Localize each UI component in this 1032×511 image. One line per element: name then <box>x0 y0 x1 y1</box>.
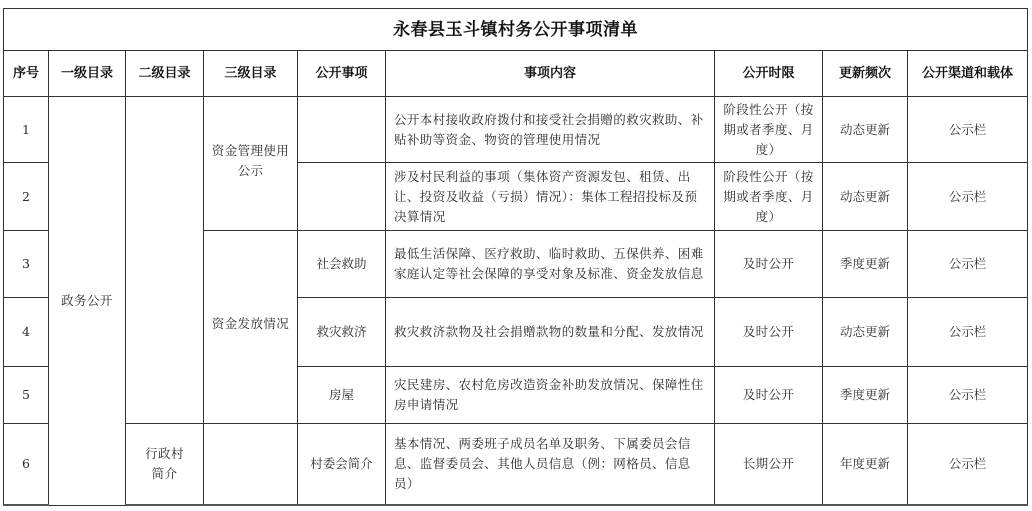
row-channel: 公示栏 <box>908 367 1028 424</box>
row-time-limit: 阶段性公开（按期或者季度、月度） <box>715 163 823 231</box>
row-time-limit: 阶段性公开（按期或者季度、月度） <box>715 97 823 163</box>
table-row: 6 行政村简介 村委会简介 基本情况、两委班子成员名单及职务、下属委员会信息、监… <box>4 424 1028 506</box>
row-channel: 公示栏 <box>908 97 1028 163</box>
level2-cell: 行政村简介 <box>126 424 204 506</box>
title-row: 永春县玉斗镇村务公开事项清单 <box>4 9 1028 51</box>
row-frequency: 季度更新 <box>823 231 908 298</box>
row-time-limit: 长期公开 <box>715 424 823 506</box>
row-item <box>298 163 386 231</box>
level1-cell: 政务公开 <box>49 97 126 506</box>
header-content: 事项内容 <box>386 51 715 97</box>
row-content: 基本情况、两委班子成员名单及职务、下属委员会信息、监督委员会、其他人员信息（例：… <box>386 424 715 506</box>
row-frequency: 动态更新 <box>823 163 908 231</box>
row-time-limit: 及时公开 <box>715 367 823 424</box>
row-channel: 公示栏 <box>908 163 1028 231</box>
row-time-limit: 及时公开 <box>715 298 823 367</box>
header-level3: 三级目录 <box>204 51 298 97</box>
row-content: 涉及村民利益的事项（集体资产资源发包、租赁、出让、投资及收益（亏损）情况）：集体… <box>386 163 715 231</box>
disclosure-table: 永春县玉斗镇村务公开事项清单 序号 一级目录 二级目录 三级目录 公开事项 事项… <box>3 8 1028 506</box>
level3-cell: 资金发放情况 <box>204 231 298 424</box>
level3-cell: 资金管理使用公示 <box>204 97 298 231</box>
header-item: 公开事项 <box>298 51 386 97</box>
row-item: 社会救助 <box>298 231 386 298</box>
level2-cell <box>126 97 204 424</box>
row-content: 公开本村接收政府拨付和接受社会捐赠的救灾救助、补贴补助等资金、物资的管理使用情况 <box>386 97 715 163</box>
header-time-limit: 公开时限 <box>715 51 823 97</box>
row-seq: 2 <box>4 163 49 231</box>
row-channel: 公示栏 <box>908 424 1028 506</box>
row-seq: 3 <box>4 231 49 298</box>
row-frequency: 年度更新 <box>823 424 908 506</box>
row-item <box>298 97 386 163</box>
document-page: 永春县玉斗镇村务公开事项清单 序号 一级目录 二级目录 三级目录 公开事项 事项… <box>3 8 1027 506</box>
row-channel: 公示栏 <box>908 231 1028 298</box>
row-seq: 5 <box>4 367 49 424</box>
header-row: 序号 一级目录 二级目录 三级目录 公开事项 事项内容 公开时限 更新频次 公开… <box>4 51 1028 97</box>
row-content: 救灾救济款物及社会捐赠款物的数量和分配、发放情况 <box>386 298 715 367</box>
row-item: 救灾救济 <box>298 298 386 367</box>
row-content: 灾民建房、农村危房改造资金补助发放情况、保障性住房申请情况 <box>386 367 715 424</box>
header-frequency: 更新频次 <box>823 51 908 97</box>
row-seq: 1 <box>4 97 49 163</box>
row-channel: 公示栏 <box>908 298 1028 367</box>
header-level2: 二级目录 <box>126 51 204 97</box>
row-item: 房屋 <box>298 367 386 424</box>
row-frequency: 动态更新 <box>823 298 908 367</box>
row-content: 最低生活保障、医疗救助、临时救助、五保供养、困难家庭认定等社会保障的享受对象及标… <box>386 231 715 298</box>
row-time-limit: 及时公开 <box>715 231 823 298</box>
header-channel: 公开渠道和载体 <box>908 51 1028 97</box>
header-level1: 一级目录 <box>49 51 126 97</box>
table-row: 1 政务公开 资金管理使用公示 公开本村接收政府拨付和接受社会捐赠的救灾救助、补… <box>4 97 1028 163</box>
row-item: 村委会简介 <box>298 424 386 506</box>
header-seq: 序号 <box>4 51 49 97</box>
row-frequency: 季度更新 <box>823 367 908 424</box>
level3-cell <box>204 424 298 506</box>
row-frequency: 动态更新 <box>823 97 908 163</box>
row-seq: 6 <box>4 424 49 506</box>
row-seq: 4 <box>4 298 49 367</box>
document-title: 永春县玉斗镇村务公开事项清单 <box>4 9 1028 51</box>
